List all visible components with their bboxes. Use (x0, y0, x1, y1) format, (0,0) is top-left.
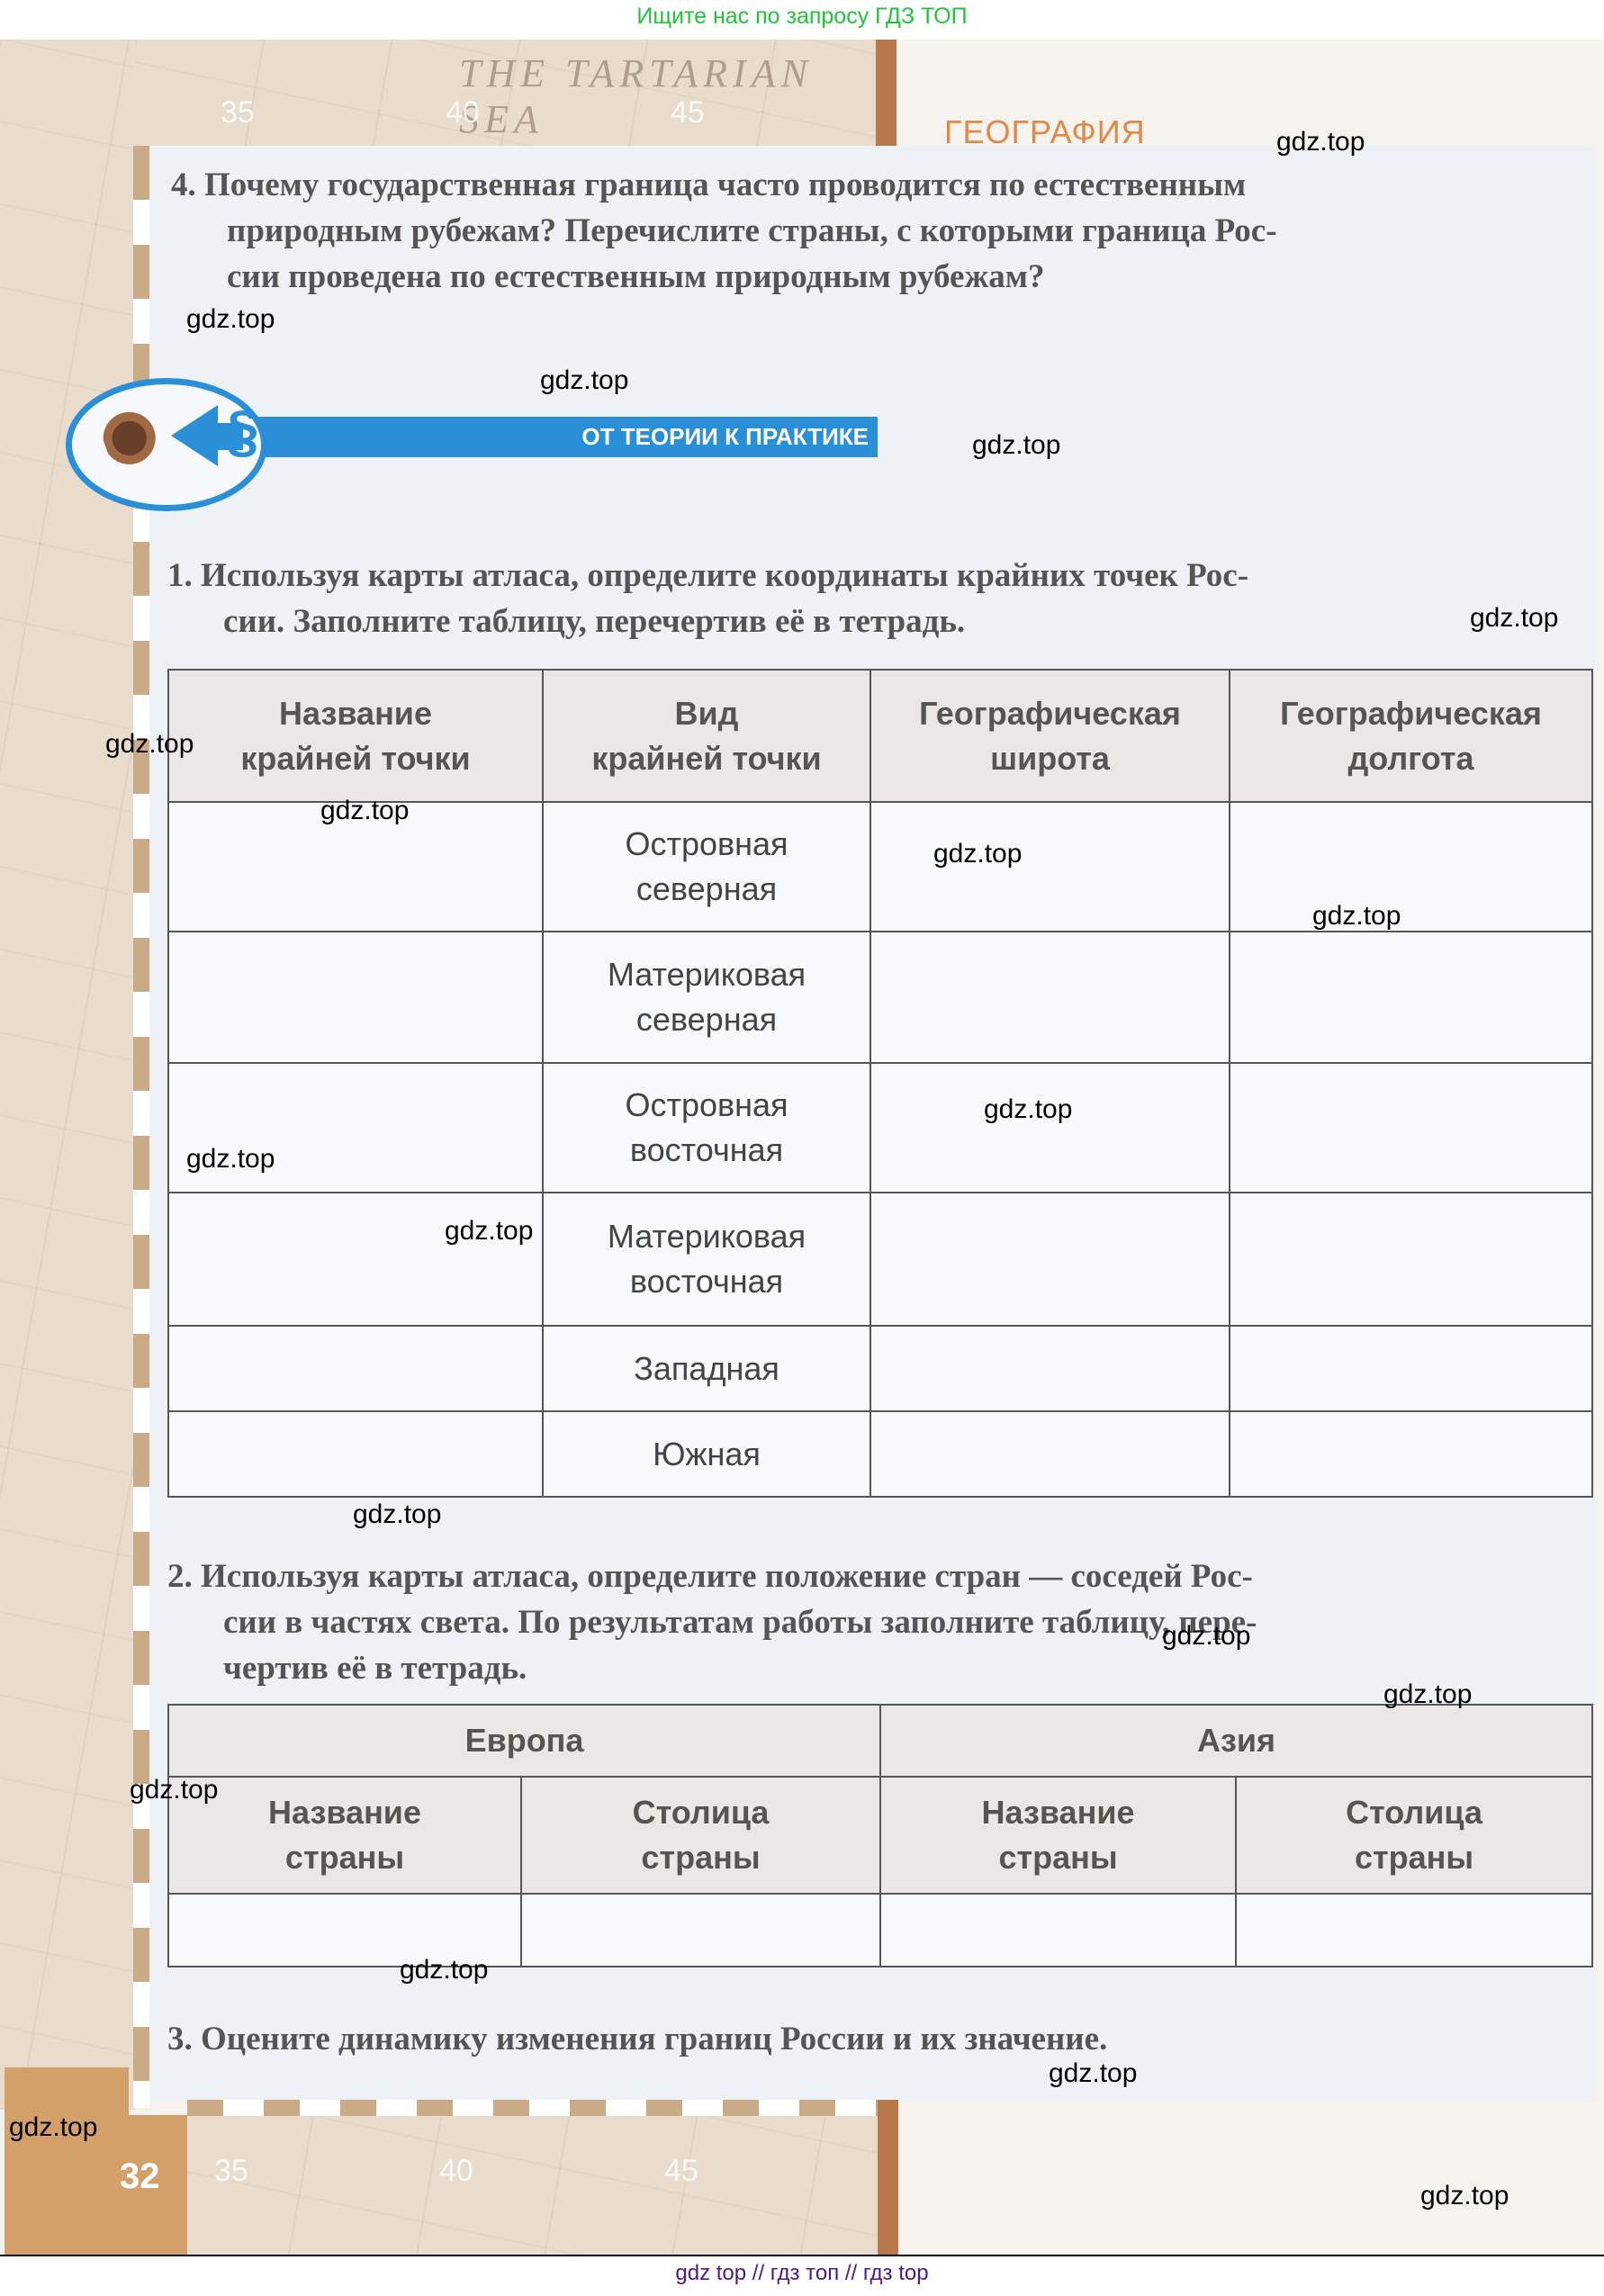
table-header-row: Названиестраны Столицастраны Названиестр… (168, 1777, 1592, 1894)
table-row: Западная (168, 1326, 1592, 1411)
header-capital: Столицастраны (521, 1777, 880, 1894)
task-line: 3. Оцените динамику изменения границ Рос… (167, 2016, 1593, 2062)
section-title: ОТ ТЕОРИИ К ПРАКТИКЕ (257, 417, 878, 457)
task-1: 1. Используя карты атласа, определите ко… (167, 553, 1593, 644)
cell-longitude (1230, 1411, 1592, 1497)
degree-label: 40 (446, 95, 480, 131)
page-number-block (5, 2067, 129, 2255)
watermark: gdz.top (130, 1775, 218, 1805)
table-row: Островнаявосточная (168, 1063, 1592, 1193)
header-point-name: Названиекрайней точки (168, 670, 543, 802)
table-row: Материковаясеверная (168, 932, 1592, 1063)
paragraph-icon: § (227, 398, 259, 464)
cell-point-name (168, 1193, 543, 1326)
table-group-header-row: Европа Азия (168, 1705, 1592, 1777)
cell-latitude (870, 1193, 1230, 1326)
table-row: Южная (168, 1411, 1592, 1497)
watermark: gdz.top (400, 1955, 488, 1985)
task-3: 3. Оцените динамику изменения границ Рос… (167, 2016, 1593, 2062)
task-line: 2. Используя карты атласа, определите по… (167, 1553, 1593, 1599)
cell-point-type: Островнаявосточная (543, 1063, 870, 1193)
header-europe: Европа (168, 1705, 880, 1777)
cell-latitude (870, 1326, 1230, 1411)
watermark: gdz.top (933, 839, 1022, 869)
cell-latitude (870, 802, 1230, 932)
neighbor-countries-table: Европа Азия Названиестраны Столицастраны… (167, 1704, 1593, 1967)
header-capital: Столицастраны (1236, 1777, 1592, 1894)
question-line: 4. Почему государственная граница часто … (171, 162, 1593, 208)
watermark: gdz.top (1383, 1679, 1472, 1710)
watermark: gdz.top (1470, 603, 1558, 634)
decorative-map-top: THE TARTARIAN SEA 35 40 45 (135, 40, 876, 146)
watermark: gdz.top (540, 365, 628, 396)
cell-point-name (168, 932, 543, 1063)
watermark: gdz.top (1162, 1621, 1250, 1652)
watermark: gdz.top (186, 1144, 275, 1175)
page-number: 32 (120, 2156, 160, 2197)
task-line: сии. Заполните таблицу, перечертив её в … (167, 599, 1593, 644)
degree-label: 35 (214, 2154, 248, 2189)
section-banner: ОТ ТЕОРИИ К ПРАКТИКЕ (257, 417, 878, 457)
cell-asia-country (880, 1894, 1236, 1967)
cell-europe-capital (521, 1894, 880, 1967)
table-header-row: Названиекрайней точки Видкрайней точки Г… (168, 670, 1592, 802)
header-country-name: Названиестраны (168, 1777, 521, 1894)
arrow-left-icon (171, 405, 218, 466)
cell-latitude (870, 1063, 1230, 1193)
header-country-name: Названиестраны (880, 1777, 1236, 1894)
header-latitude: Географическаяширота (870, 670, 1230, 802)
header-asia: Азия (880, 1705, 1592, 1777)
table-row: Материковаявосточная (168, 1193, 1592, 1326)
cell-longitude (1230, 802, 1592, 932)
map-title: THE TARTARIAN SEA (459, 50, 876, 142)
watermark: gdz.top (105, 729, 194, 760)
degree-label: 45 (664, 2154, 698, 2189)
question-4: 4. Почему государственная граница часто … (171, 162, 1593, 300)
cell-longitude (1230, 932, 1592, 1063)
watermark: gdz.top (1276, 127, 1365, 158)
decorative-bar (876, 40, 897, 146)
task-line: чертив её в тетрадь. (167, 1645, 1593, 1691)
watermark: gdz.top (1420, 2181, 1509, 2211)
extreme-points-table: Названиекрайней точки Видкрайней точки Г… (167, 669, 1593, 1498)
decorative-map-left (0, 40, 135, 2110)
decorative-map-bottom: 35 40 45 (187, 2100, 891, 2255)
watermark: gdz.top (353, 1499, 441, 1530)
cell-latitude (870, 932, 1230, 1063)
cell-point-type: Материковаясеверная (543, 932, 870, 1063)
search-hint-banner: Ищите нас по запросу ГДЗ ТОП (0, 4, 1604, 30)
cell-point-type: Островнаясеверная (543, 802, 870, 932)
watermark: gdz.top (445, 1216, 533, 1247)
cell-asia-capital (1236, 1894, 1592, 1967)
degree-label: 35 (221, 95, 255, 131)
question-line: природным рубежам? Перечислите страны, с… (171, 208, 1593, 254)
cell-longitude (1230, 1193, 1592, 1326)
cell-point-type: Западная (543, 1326, 870, 1411)
degree-label: 40 (439, 2154, 473, 2189)
task-2: 2. Используя карты атласа, определите по… (167, 1553, 1593, 1691)
cell-latitude (870, 1411, 1230, 1497)
cell-point-name (168, 1411, 543, 1497)
decorative-bar (878, 2100, 898, 2255)
watermark: gdz.top (984, 1094, 1072, 1125)
watermark: gdz.top (1312, 901, 1401, 932)
task-line: 1. Используя карты атласа, определите ко… (167, 553, 1593, 599)
watermark: gdz.top (972, 430, 1060, 461)
decorative-frame-strip (187, 2100, 891, 2116)
watermark: gdz.top (320, 796, 409, 826)
task-line: сии в частях света. По результатам работ… (167, 1599, 1593, 1645)
question-line: сии проведена по естественным природным … (171, 254, 1593, 300)
footer-divider (0, 2255, 1604, 2256)
watermark: gdz.top (186, 304, 275, 335)
header-longitude: Географическаядолгота (1230, 670, 1592, 802)
subject-header: ГЕОГРАФИЯ (944, 113, 1146, 151)
cell-point-name (168, 1326, 543, 1411)
watermark: gdz.top (1049, 2058, 1137, 2089)
footer-text: gdz top // гдз топ // гдз top (0, 2261, 1604, 2286)
cell-point-type: Материковаявосточная (543, 1193, 870, 1326)
cell-longitude (1230, 1063, 1592, 1193)
table-row (168, 1894, 1592, 1967)
watermark: gdz.top (9, 2112, 97, 2143)
cell-longitude (1230, 1326, 1592, 1411)
header-point-type: Видкрайней точки (543, 670, 870, 802)
degree-label: 45 (671, 95, 705, 131)
cell-point-type: Южная (543, 1411, 870, 1497)
